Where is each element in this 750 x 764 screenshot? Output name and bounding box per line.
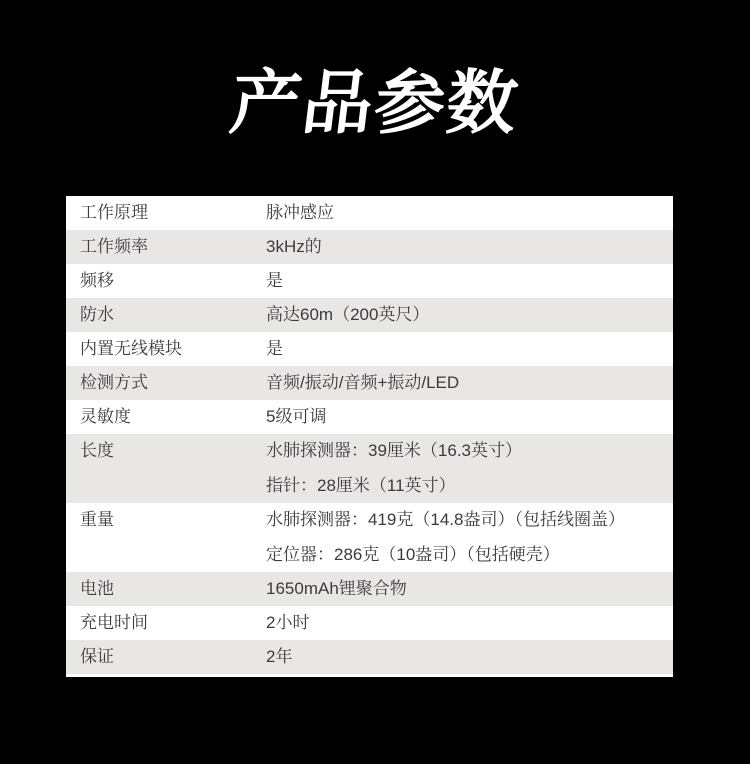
spec-value: 是: [266, 264, 673, 298]
spec-label: 内置无线模块: [66, 332, 266, 366]
spec-values: 水肺探测器：419克（14.8盎司）（包括线圈盖）定位器：286克（10盎司）（…: [266, 503, 673, 572]
spec-values: 3kHz的: [266, 230, 673, 264]
spec-values: 音频/振动/音频+振动/LED: [266, 366, 673, 400]
spec-row: 检测方式 音频/振动/音频+振动/LED: [66, 366, 673, 400]
page-title: 产品参数: [0, 58, 750, 148]
spec-values: 是: [266, 332, 673, 366]
spec-value: 指针：28厘米（11英寸）: [266, 469, 673, 504]
spec-values: 脉冲感应: [266, 196, 673, 230]
product-spec-page: { "title": "产品参数", "colors": { "backgrou…: [0, 0, 750, 764]
spec-value: 定位器：286克（10盎司）（包括硬壳）: [266, 538, 673, 573]
spec-label: 灵敏度: [66, 400, 266, 434]
spec-row: 重量 水肺探测器：419克（14.8盎司）（包括线圈盖）定位器：286克（10盎…: [66, 503, 673, 572]
spec-row: 长度 水肺探测器：39厘米（16.3英寸）指针：28厘米（11英寸）: [66, 434, 673, 503]
spec-values: 高达60m（200英尺）: [266, 298, 673, 332]
spec-row: 工作原理 脉冲感应: [66, 196, 673, 230]
spec-label: 长度: [66, 434, 266, 469]
spec-value: 水肺探测器：419克（14.8盎司）（包括线圈盖）: [266, 503, 673, 538]
spec-row: 灵敏度 5级可调: [66, 400, 673, 434]
spec-row: 充电时间 2小时: [66, 606, 673, 640]
spec-value: 是: [266, 332, 673, 366]
spec-values: 2小时: [266, 606, 673, 640]
spec-value: 高达60m（200英尺）: [266, 298, 673, 332]
spec-row: 内置无线模块 是: [66, 332, 673, 366]
spec-label: 保证: [66, 640, 266, 674]
spec-label: 电池: [66, 572, 266, 606]
spec-row: 频移 是: [66, 264, 673, 298]
spec-row: 保证 2年: [66, 640, 673, 674]
spec-label: 防水: [66, 298, 266, 332]
spec-value: 脉冲感应: [266, 196, 673, 230]
spec-row: 电池 1650mAh锂聚合物: [66, 572, 673, 606]
spec-values: 5级可调: [266, 400, 673, 434]
spec-values: 是: [266, 264, 673, 298]
spec-row: 防水 高达60m（200英尺）: [66, 298, 673, 332]
spec-value: 3kHz的: [266, 230, 673, 264]
spec-label: 工作频率: [66, 230, 266, 264]
spec-value: 2小时: [266, 606, 673, 640]
spec-value: 2年: [266, 640, 673, 674]
spec-label: 重量: [66, 503, 266, 538]
spec-row: 工作频率 3kHz的: [66, 230, 673, 264]
spec-value: 音频/振动/音频+振动/LED: [266, 366, 673, 400]
spec-value: 5级可调: [266, 400, 673, 434]
spec-table: 工作原理 脉冲感应 工作频率 3kHz的 频移 是 防水 高达60m（200英尺…: [66, 196, 673, 677]
spec-label: 充电时间: [66, 606, 266, 640]
spec-label: 检测方式: [66, 366, 266, 400]
spec-values: 1650mAh锂聚合物: [266, 572, 673, 606]
spec-value: 水肺探测器：39厘米（16.3英寸）: [266, 434, 673, 469]
spec-values: 水肺探测器：39厘米（16.3英寸）指针：28厘米（11英寸）: [266, 434, 673, 503]
spec-label: 频移: [66, 264, 266, 298]
spec-label: 工作原理: [66, 196, 266, 230]
spec-values: 2年: [266, 640, 673, 674]
spec-value: 1650mAh锂聚合物: [266, 572, 673, 606]
